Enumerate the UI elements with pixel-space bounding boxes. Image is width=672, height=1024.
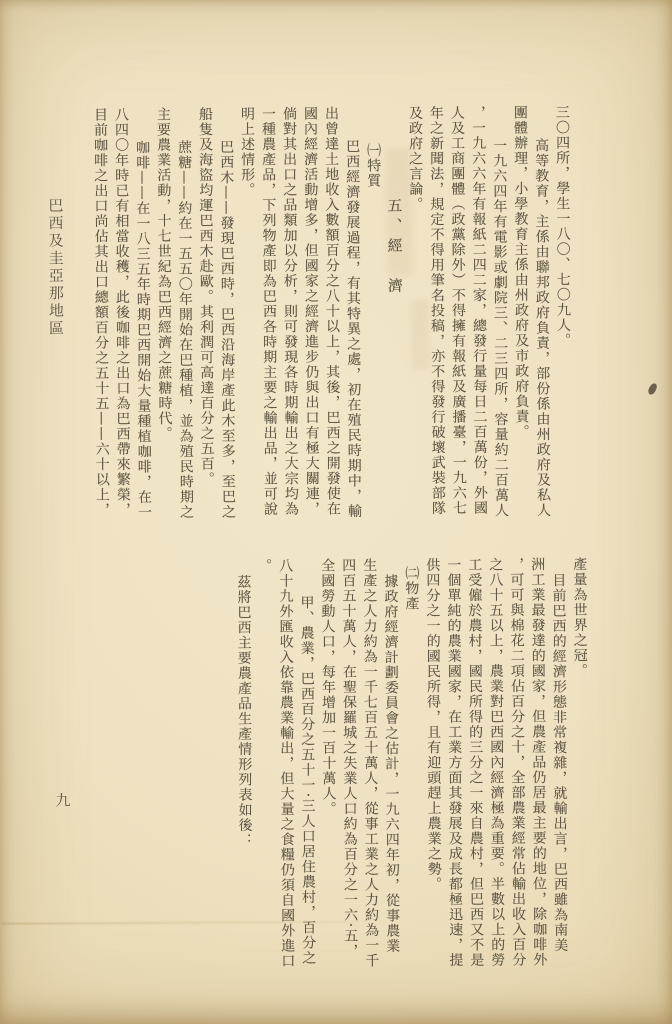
spine-title: 巴西及圭亞那地區 [45, 197, 67, 337]
text-column: 巴西經濟發展過程，有其特異之處，初在殖民時期中，輸 [341, 106, 364, 516]
text-column: 八四〇年時已有相當收穫，此後咖啡之出口為巴西帶來繁榮， [110, 107, 133, 517]
text-column: 巴西木——發現巴西時，巴西沿海岸產此木至多，至巴之 [215, 107, 238, 517]
page-number: 九 [55, 789, 70, 810]
text-column: ，可可與棉花二項佔百分之十，全部農業經常佔輸出收入百分 [505, 557, 528, 967]
text-column: 供四分之一的國民所得，且有迎頭趕上農業之勢。 [421, 557, 444, 967]
text-column: ㈡物產 [400, 558, 423, 968]
text-column: 目前巴西的經濟形態非常複雜，就輸出言，巴西雖為南美 [547, 557, 570, 967]
text-column: 出曾達土地收入數額百分之八十以上，其後，巴西之開發使在 [320, 106, 343, 516]
text-column: 之八十五以上，農業對巴西國內經濟極為重要。半數以上的勞 [484, 557, 507, 967]
text-column: 一九六四年有電影或劇院三、二三四所，容量約二百萬人 [488, 105, 511, 515]
text-column: 茲將巴西主要農產品生產情形列表如後： [232, 558, 255, 968]
text-column: 主要農業活動，十七世紀為巴西經濟之蔗糖時代。 [152, 107, 175, 517]
text-column: 甲、農業，巴西百分之五十一·三人口居住農村，百分之 [295, 558, 318, 968]
text-column: 明上述情形。 [236, 106, 259, 516]
text-column: 一種農產品，下列物產即為巴西各時期主要之輸出品，並可說 [257, 106, 280, 516]
text-column: 高等教育，主係由聯邦政府負責，部份係由州政府及私人 [530, 105, 553, 515]
text-column: 。 [253, 558, 276, 968]
text-column: 產量為世界之冠。 [568, 557, 591, 967]
text-column: 全國勞動人口，每年增加一百十萬人。 [316, 558, 339, 968]
lower-text-register: 產量為世界之冠。目前巴西的經濟形態非常複雜，就輸出言，巴西雖為南美洲工業最發達的… [231, 557, 591, 969]
text-column: 四百五十萬人，在聖保羅城之失業人口約為百分之一六·五， [337, 558, 360, 968]
text-column: 倘對其出口之品類加以分析，則可發現各時期輸出之大宗均為 [278, 106, 301, 516]
text-column: 船隻及海盜均運巴西木赴歐。其利潤可高達百分之五百。 [194, 107, 217, 517]
upper-text-register: 三〇四所，學生一八〇、七〇九人。高等教育，主係由聯邦政府負責，部份係由州政府及私… [88, 105, 574, 518]
text-column: 國內經濟活動增多，但國家之經濟進步仍與出口有極大關連， [299, 106, 322, 516]
text-column: 咖啡——在一八三五年時期巴西開始大量種植咖啡，在一 [131, 107, 154, 517]
text-column: 生產之人力約為一千七百五十萬人，從事工業之人力約為一千 [358, 558, 381, 968]
text-column: 蔗糖——約在一五五〇年開始在巴種植，並為殖民時期之 [173, 107, 196, 517]
text-column: 工受僱於農村，國民所得的三分之一來自農村，但巴西又不是 [463, 557, 486, 967]
text-column: ，一九六六年有報紙二四二家，總發行量每日二百萬份，外國 [467, 105, 490, 515]
text-column: 目前咖啡之出口尚佔其出口總額百分之五十五——六十以上， [89, 107, 112, 517]
text-column: 五、經 濟 [383, 106, 406, 516]
text-column: 三〇四所，學生一八〇、七〇九人。 [551, 105, 574, 515]
text-column: 人及工商團體（政黨除外）不得擁有報紙及廣播臺，一九六七 [446, 105, 469, 515]
text-column: 團體辦理，小學教育主係由州政府及市政府負責。 [509, 105, 532, 515]
text-column: 年之新聞法，規定不得用筆名投稿，亦不得發行破壞武裝部隊 [425, 105, 448, 515]
scanned-book-page: 巴西及圭亞那地區 三〇四所，學生一八〇、七〇九人。高等教育，主係由聯邦政府負責，… [0, 0, 672, 1024]
text-column: 據政府經濟計劃委員會之估計，一九六四年初，從事農業 [379, 558, 402, 968]
text-column: ㈠特質 [362, 106, 385, 516]
text-column: 洲工業最發達的國家，但農產品仍居最主要的地位，除咖啡外 [526, 557, 549, 967]
page-content: 巴西及圭亞那地區 三〇四所，學生一八〇、七〇九人。高等教育，主係由聯邦政府負責，… [0, 0, 672, 1024]
text-column: 及政府之言論。 [404, 106, 427, 516]
text-column: 一個單純的農業國家，在工業方面其發展及成長都極迅速，提 [442, 557, 465, 967]
text-column: 八十九外匯收入依靠農業輸出，但大量之食糧仍須自國外進口 [274, 558, 297, 968]
